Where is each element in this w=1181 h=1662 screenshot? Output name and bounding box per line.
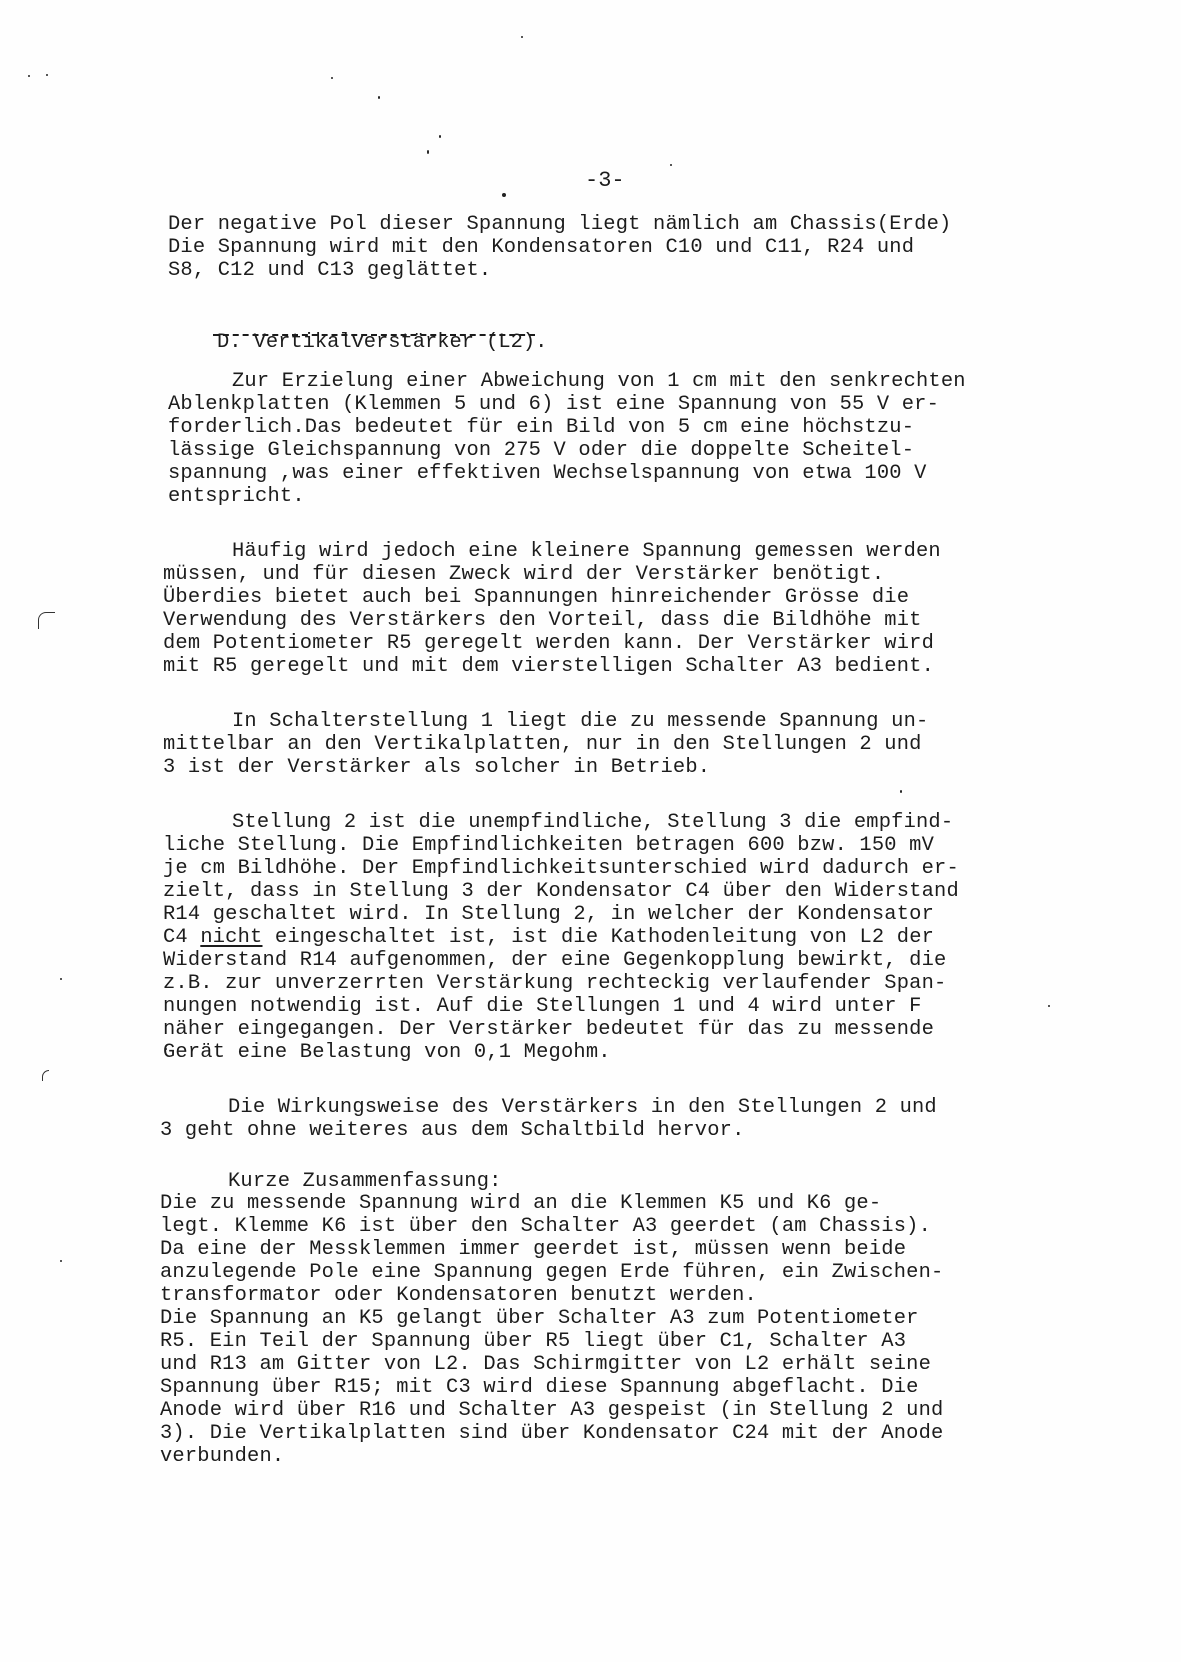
text-line: müssen, und für diesen Zweck wird der Ve…	[163, 563, 884, 586]
scan-speck	[331, 77, 333, 79]
text-line-with-emphasis: C4 nicht eingeschaltet ist, ist die Kath…	[163, 926, 934, 949]
text-line: 3). Die Vertikalplatten sind über Konden…	[160, 1422, 944, 1445]
text-segment: eingeschaltet ist, ist die Kathodenleitu…	[263, 926, 935, 949]
text-line: Stellung 2 ist die unempfindliche, Stell…	[232, 811, 953, 834]
text-line: Die Wirkungsweise des Verstärkers in den…	[228, 1096, 937, 1119]
text-line: Die Spannung an K5 gelangt über Schalter…	[160, 1307, 919, 1330]
text-line: 3 geht ohne weiteres aus dem Schaltbild …	[160, 1119, 745, 1142]
underlined-word: nicht	[200, 926, 262, 949]
text-line: je cm Bildhöhe. Der Empfindlichkeitsunte…	[163, 857, 959, 880]
margin-mark	[38, 612, 55, 629]
scan-speck	[28, 75, 30, 77]
text-line: Die zu messende Spannung wird an die Kle…	[160, 1192, 881, 1215]
document-page: -3- Der negative Pol dieser Spannung lie…	[0, 0, 1181, 1662]
text-line: verbunden.	[160, 1445, 284, 1468]
text-line: Die Spannung wird mit den Kondensatoren …	[168, 236, 914, 259]
text-line: und R13 am Gitter von L2. Das Schirmgitt…	[160, 1353, 931, 1376]
text-line: legt. Klemme K6 ist über den Schalter A3…	[160, 1215, 931, 1238]
section-heading: D. Vertikalverstärker (L2).	[168, 308, 547, 377]
text-line: Verwendung des Verstärkers den Vorteil, …	[163, 609, 922, 632]
text-line: Ablenkplatten (Klemmen 5 und 6) ist eine…	[168, 393, 939, 416]
margin-mark	[42, 1070, 49, 1081]
scan-speck	[60, 978, 62, 980]
text-line: Da eine der Messklemmen immer geerdet is…	[160, 1238, 906, 1261]
text-line: 3 ist der Verstärker als solcher in Betr…	[163, 756, 710, 779]
scan-speck	[427, 150, 429, 154]
text-line: entspricht.	[168, 485, 305, 508]
text-line: In Schalterstellung 1 liegt die zu messe…	[232, 710, 928, 733]
heading-dashed-underline	[213, 334, 535, 336]
scan-speck	[1048, 1005, 1050, 1007]
text-line: Häufig wird jedoch eine kleinere Spannun…	[232, 540, 941, 563]
text-line: transformator oder Kondensatoren benutzt…	[160, 1284, 757, 1307]
text-line: forderlich.Das bedeutet für ein Bild von…	[168, 416, 914, 439]
scan-speck	[502, 193, 506, 197]
text-line: Widerstand R14 aufgenommen, der eine Geg…	[163, 949, 947, 972]
text-line: Überdies bietet auch bei Spannungen hinr…	[163, 586, 909, 609]
text-line: dem Potentiometer R5 geregelt werden kan…	[163, 632, 934, 655]
text-line: Gerät eine Belastung von 0,1 Megohm.	[163, 1041, 611, 1064]
text-line: Der negative Pol dieser Spannung liegt n…	[168, 213, 952, 236]
summary-heading: Kurze Zusammenfassung:	[228, 1170, 502, 1193]
page-number: -3-	[585, 168, 625, 193]
scan-speck	[670, 164, 672, 166]
text-line: R14 geschaltet wird. In Stellung 2, in w…	[163, 903, 934, 926]
text-segment: C4	[163, 926, 200, 949]
text-line: Anode wird über R16 und Schalter A3 gesp…	[160, 1399, 944, 1422]
scan-speck	[46, 74, 48, 76]
text-line: mit R5 geregelt und mit dem vierstellige…	[163, 655, 934, 678]
text-line: spannung ,was einer effektiven Wechselsp…	[168, 462, 927, 485]
text-line: näher eingegangen. Der Verstärker bedeut…	[163, 1018, 934, 1041]
text-line: Zur Erzielung einer Abweichung von 1 cm …	[232, 370, 966, 393]
text-line: Spannung über R15; mit C3 wird diese Spa…	[160, 1376, 919, 1399]
text-line: S8, C12 und C13 geglättet.	[168, 259, 491, 282]
text-line: liche Stellung. Die Empfindlichkeiten be…	[163, 834, 934, 857]
scan-speck	[521, 36, 523, 38]
text-line: z.B. zur unverzerrten Verstärkung rechte…	[163, 972, 947, 995]
scan-speck	[439, 135, 441, 138]
text-line: lässige Gleichspannung von 275 V oder di…	[168, 439, 914, 462]
scan-speck	[378, 96, 380, 99]
text-line: nungen notwendig ist. Auf die Stellungen…	[163, 995, 922, 1018]
text-line: mittelbar an den Vertikalplatten, nur in…	[163, 733, 922, 756]
scan-speck	[60, 1260, 62, 1262]
text-line: zielt, dass in Stellung 3 der Kondensato…	[163, 880, 959, 903]
text-line: R5. Ein Teil der Spannung über R5 liegt …	[160, 1330, 906, 1353]
text-line: anzulegende Pole eine Spannung gegen Erd…	[160, 1261, 944, 1284]
scan-speck	[900, 790, 902, 793]
